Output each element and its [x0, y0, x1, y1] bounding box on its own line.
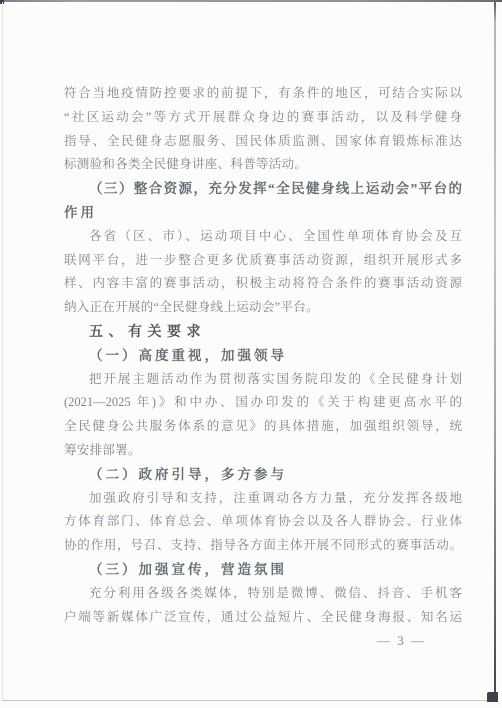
text-line: “社区运动会”等方式开展群众身边的赛事活动，以及科学健身 [64, 106, 462, 130]
text-line: （一）高度重视，加强领导 [64, 344, 462, 368]
scan-edge-right [494, 2, 496, 701]
scan-edge-bottom [2, 700, 496, 701]
text-line: 加强政府引导和支持，注重调动各方力量，充分发挥各级地 [64, 487, 462, 511]
text-line: 把开展主题活动作为贯彻落实国务院印发的《全民健身计划 [64, 368, 462, 392]
screenshot-canvas: 符合当地疫情防控要求的前提下，有条件的地区，可结合实际以“社区运动会”等方式开展… [0, 0, 502, 708]
text-line: 五、有关要求 [64, 320, 462, 344]
scan-edge-top [0, 0, 502, 2]
scan-corner-shadow-bottomright [487, 692, 498, 702]
text-line: （三）加强宣传，营造氛围 [64, 558, 462, 582]
text-line: 符合当地疫情防控要求的前提下，有条件的地区，可结合实际以 [64, 82, 462, 106]
text-line: 纳入正在开展的“全民健身线上运动会”平台。 [64, 296, 462, 320]
text-line: （二）政府引导，多方参与 [64, 463, 462, 487]
text-line: 方体育部门、体育总会、单项体育协会以及各人群协会、行业体 [64, 510, 462, 534]
text-line: 标测验和各类全民健身讲座、科普等活动。 [64, 153, 462, 177]
text-line: 协的作用，号召、支持、指导各方面主体开展不同形式的赛事活动。 [64, 534, 462, 558]
text-line: 全民健身公共服务体系的意见》的具体措施，加强组织领导，统 [64, 415, 462, 439]
text-line: 指导、全民健身志愿服务、国民体质监测、国家体育锻炼标准达 [64, 130, 462, 154]
scan-edge-left [2, 2, 3, 700]
scan-page: 符合当地疫情防控要求的前提下，有条件的地区，可结合实际以“社区运动会”等方式开展… [0, 0, 502, 708]
text-line: 户端等新媒体广泛宣传，通过公益短片、全民健身海报、知名运 [64, 606, 462, 630]
text-line: 作用 [64, 201, 462, 225]
text-line: 联网平台，进一步整合更多优质赛事活动资源，组织开展形式多 [64, 249, 462, 273]
text-line: 充分利用各级各类媒体，特别是微博、微信、抖音、手机客 [64, 582, 462, 606]
text-line: 各省（区、市）、运动项目中心、全国性单项体育协会及互 [64, 225, 462, 249]
text-line: (2021—2025 年)》和中办、国办印发的《关于构建更高水平的 [64, 391, 462, 415]
document-text: 符合当地疫情防控要求的前提下，有条件的地区，可结合实际以“社区运动会”等方式开展… [64, 82, 462, 629]
text-line: （三）整合资源，充分发挥“全民健身线上运动会”平台的 [64, 177, 462, 201]
text-line: 筹安排部署。 [64, 439, 462, 463]
text-line: 样、内容丰富的赛事活动，积极主动将符合条件的赛事活动资源 [64, 272, 462, 296]
page-number: — 3 — [64, 629, 426, 653]
